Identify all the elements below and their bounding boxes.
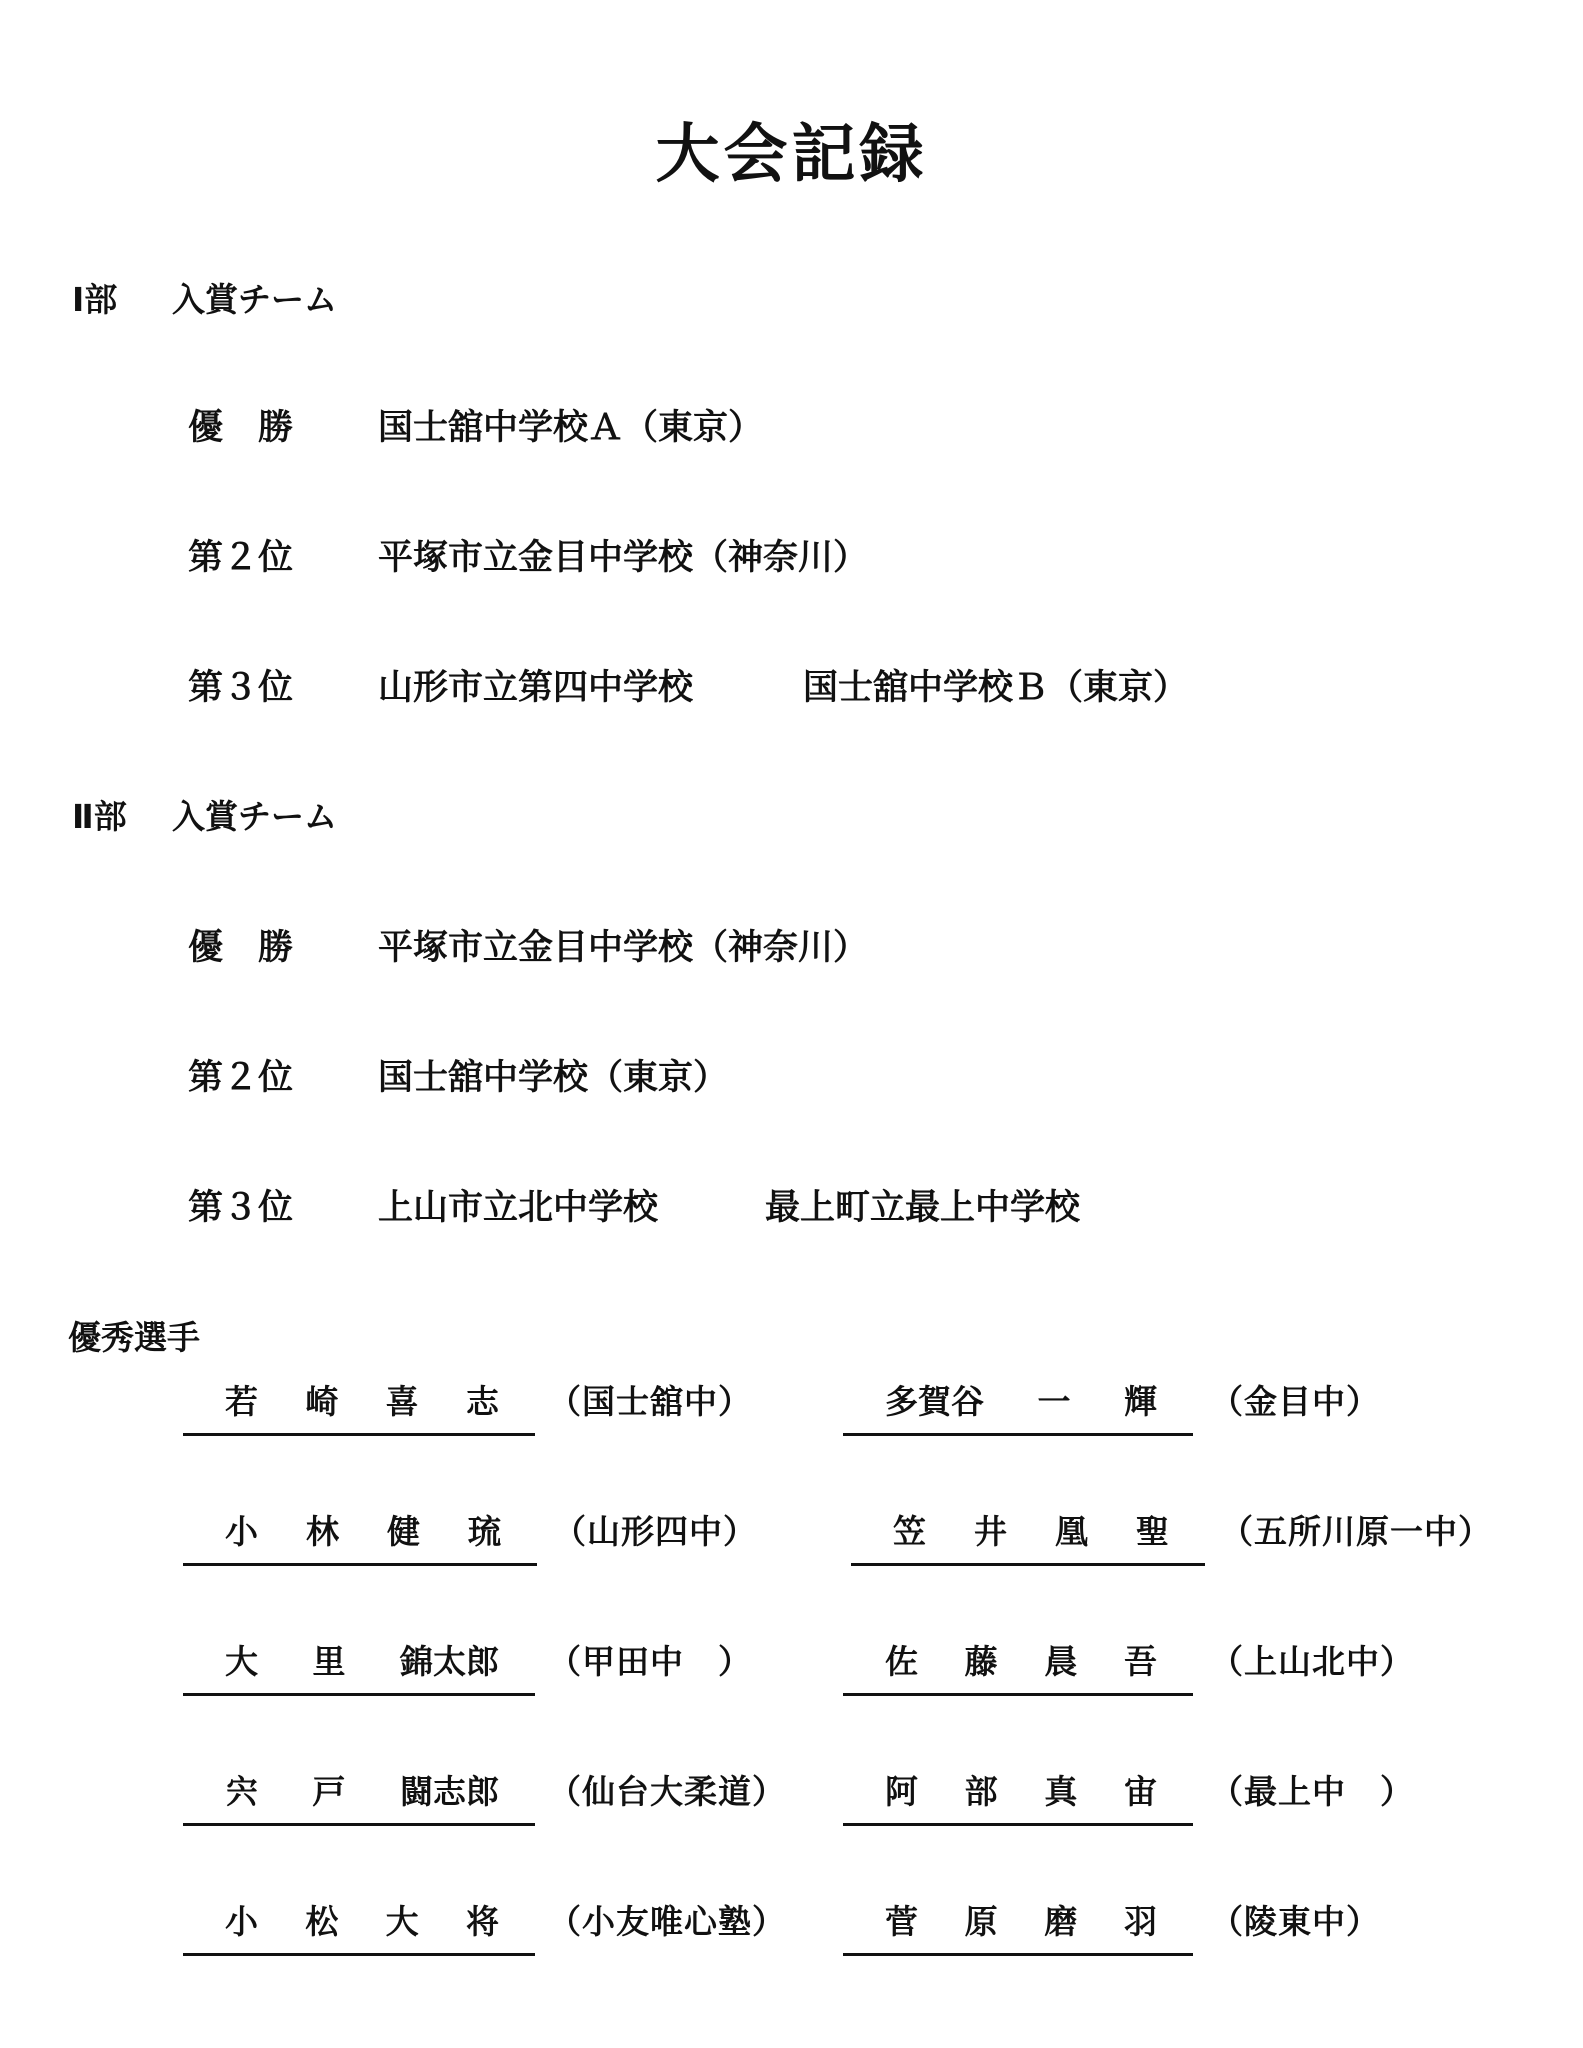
player-name: 若 崎 喜 志 bbox=[183, 1380, 535, 1436]
rank-label-third: 第３位 bbox=[188, 1185, 293, 1231]
player-name: 多賀谷 一 輝 bbox=[843, 1380, 1193, 1436]
division-number: Ⅰ部 bbox=[72, 278, 172, 322]
player-school: （国士舘中） bbox=[548, 1380, 752, 1424]
division-number: Ⅱ部 bbox=[72, 795, 172, 839]
rank-label-second: 第２位 bbox=[188, 535, 293, 581]
player-name: 宍 戸 闘志郎 bbox=[183, 1770, 535, 1826]
rank-team: 平塚市立金目中学校（神奈川） bbox=[378, 535, 868, 581]
rank-label-winner: 優 勝 bbox=[188, 925, 293, 971]
division-1-heading: Ⅰ部入賞チーム bbox=[72, 278, 337, 322]
player-school: （金目中） bbox=[1210, 1380, 1380, 1424]
player-name: 小 林 健 琉 bbox=[183, 1510, 537, 1566]
player-name: 阿 部 真 宙 bbox=[843, 1770, 1193, 1826]
division-heading-label: 入賞チーム bbox=[172, 280, 337, 319]
rank-team: 山形市立第四中学校 bbox=[378, 665, 693, 711]
outstanding-players-heading: 優秀選手 bbox=[68, 1316, 200, 1360]
player-school: （上山北中） bbox=[1210, 1640, 1414, 1684]
player-school: （最上中 ） bbox=[1210, 1770, 1414, 1814]
player-name: 笠 井 凰 聖 bbox=[851, 1510, 1205, 1566]
rank-team: 最上町立最上中学校 bbox=[765, 1185, 1080, 1231]
rank-team: 国士舘中学校（東京） bbox=[378, 1055, 728, 1101]
division-2-heading: Ⅱ部入賞チーム bbox=[72, 795, 337, 839]
rank-label-third: 第３位 bbox=[188, 665, 293, 711]
player-name: 大 里 錦太郎 bbox=[183, 1640, 535, 1696]
rank-team: 国士舘中学校Ａ（東京） bbox=[378, 405, 763, 451]
player-name: 小 松 大 将 bbox=[183, 1900, 535, 1956]
rank-team: 上山市立北中学校 bbox=[378, 1185, 658, 1231]
player-school: （甲田中 ） bbox=[548, 1640, 752, 1684]
player-name: 菅 原 磨 羽 bbox=[843, 1900, 1193, 1956]
player-school: （山形四中） bbox=[553, 1510, 757, 1554]
rank-label-second: 第２位 bbox=[188, 1055, 293, 1101]
rank-team: 平塚市立金目中学校（神奈川） bbox=[378, 925, 868, 971]
player-name: 佐 藤 晨 吾 bbox=[843, 1640, 1193, 1696]
page-title: 大会記録 bbox=[0, 115, 1583, 195]
rank-team: 国士舘中学校Ｂ（東京） bbox=[803, 665, 1188, 711]
rank-label-winner: 優 勝 bbox=[188, 405, 293, 451]
division-heading-label: 入賞チーム bbox=[172, 797, 337, 836]
player-school: （小友唯心塾） bbox=[548, 1900, 786, 1944]
player-school: （五所川原一中） bbox=[1220, 1510, 1492, 1554]
player-school: （仙台大柔道） bbox=[548, 1770, 786, 1814]
player-school: （陵東中） bbox=[1210, 1900, 1380, 1944]
